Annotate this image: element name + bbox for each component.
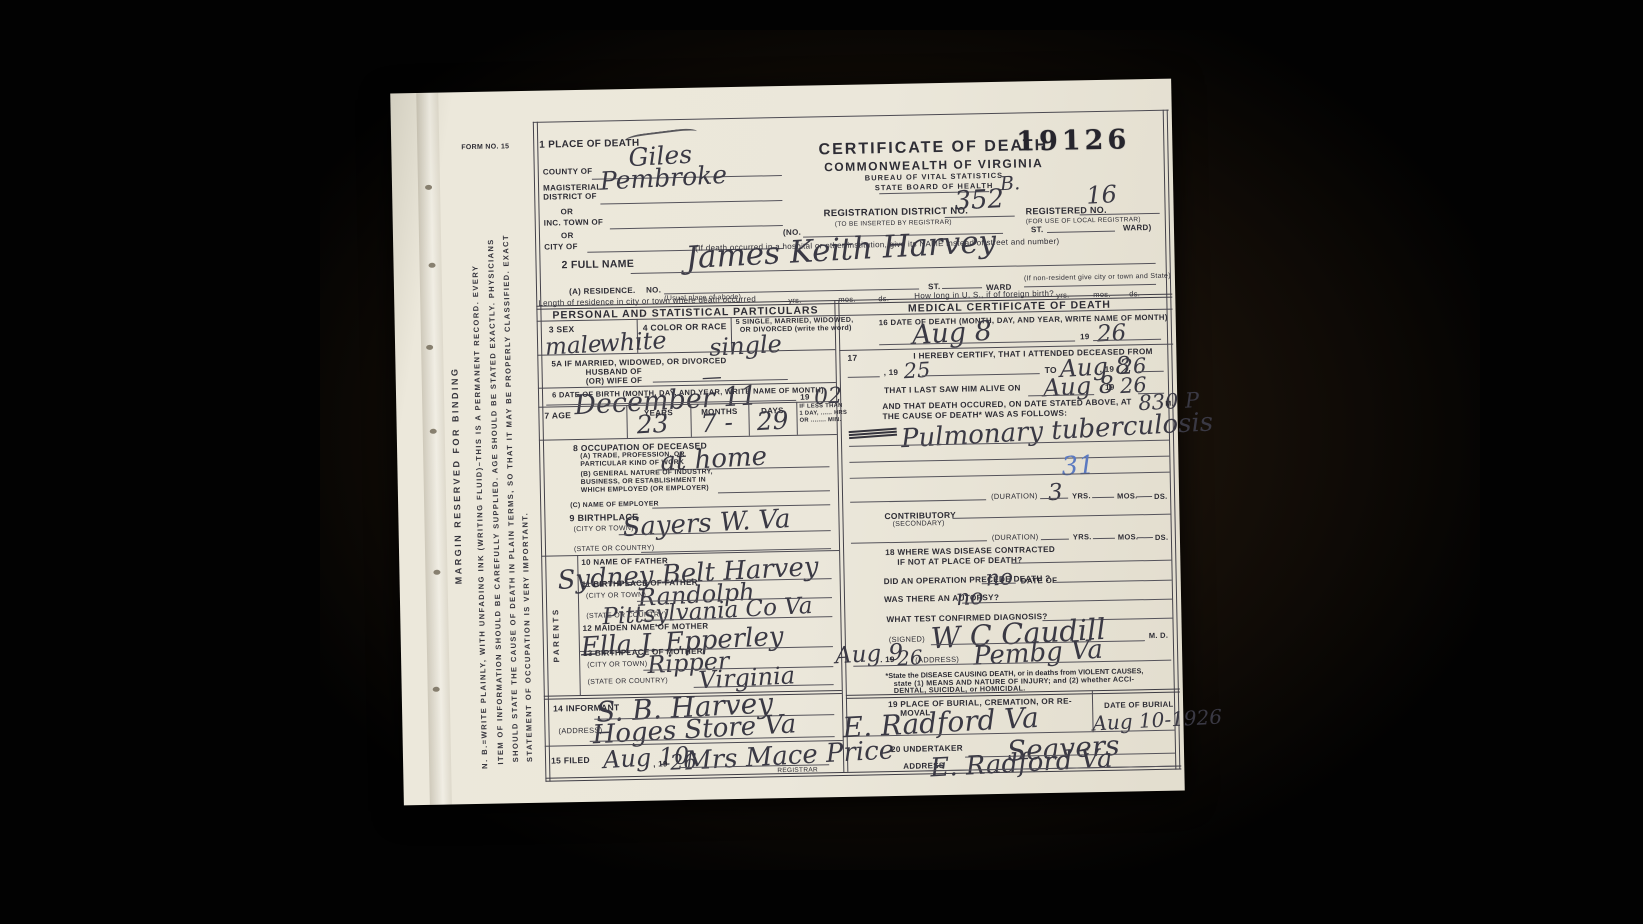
blank-line [1092,497,1114,498]
or-label: OR [561,231,574,240]
city-or-town-label: (CITY OR TOWN) [587,661,647,669]
sign-year-printed: . 19 [880,655,895,664]
registered-no-value: 16 [1086,180,1118,210]
blank-line [850,499,986,503]
ward-label: WARD) [1123,223,1152,233]
blank-line [942,287,982,289]
from-year-printed: , 19 [884,368,899,377]
operation-date-label: DATE OF [1021,576,1058,586]
birthplace-value: Sayers W. Va [622,504,791,543]
blank-line [1136,496,1152,497]
form-number: FORM NO. 15 [461,143,509,151]
margin-nb-line3: SHOULD STATE THE CAUSE OF DEATH IN PLAIN… [501,234,520,762]
operation-value: no [985,565,1014,591]
registrar-label: REGISTRAR [777,766,818,774]
employer-label: (C) NAME OF EMPLOYER [570,500,659,509]
md-label: M. D. [1149,631,1169,640]
blank-line [1137,537,1153,538]
margin-nb-line4: STATEMENT OF OCCUPATION IS VERY IMPORTAN… [520,512,534,762]
margin-nb-line1: N. B.=WRITE PLAINLY, WITH UNFADING INK (… [471,264,490,769]
cause-code-value: 31 [1061,451,1096,483]
dod-year-value: 26 [1096,320,1127,348]
inc-town-label: INC. TOWN OF [544,217,604,227]
residence-st-label: ST. [928,282,941,291]
age-months-value: 7 - [700,408,734,439]
margin-binding-note: MARGIN RESERVED FOR BINDING [449,366,463,584]
age-days-value: 29 [756,405,789,436]
death-certificate-document: FORM NO. 15 MARGIN RESERVED FOR BINDING … [390,79,1185,806]
photo-background: FORM NO. 15 MARGIN RESERVED FOR BINDING … [0,0,1643,924]
sign-address-value: Pembg Va [972,635,1103,672]
if-less-label3: OR ........ MIN. [800,417,842,424]
yrs-label: YRS. [1073,532,1092,541]
st-label: ST. [1031,225,1044,234]
duration-value: 3 [1047,479,1063,506]
blank-line [850,472,1170,479]
blank-line [718,490,830,493]
blank-line [1047,231,1115,233]
sex-value: male [544,332,602,361]
paper-fold-edge [416,93,452,805]
disease-contracted-label1: 18 WHERE WAS DISEASE CONTRACTED [885,545,1055,557]
registration-district-value: 352 [954,184,1005,217]
blank-line [610,225,783,229]
district-of-label: DISTRICT OF [543,192,597,202]
blank-line [1054,580,1172,583]
blank-line [851,540,987,544]
mos-label: MOS. [1117,491,1138,500]
blank-line [945,216,1015,218]
wife-of-label: (OR) WIFE OF [586,376,643,386]
or-label: OR [560,207,573,216]
blank-line [1011,560,1171,564]
last-saw-year-printed: , 19 [1100,383,1115,392]
dob-year-printed: 19 [800,393,810,402]
last-saw-label: THAT I LAST SAW HIM ALIVE ON [884,384,1021,396]
residence-label: (A) RESIDENCE. [569,286,636,296]
occupation-b-label3: WHICH EMPLOYED (OR EMPLOYER) [581,485,709,494]
blank-line [1024,284,1156,288]
certificate-number-stamp: 19126 [1016,124,1131,157]
cell-divider [796,402,798,435]
contributory-label: CONTRIBUTORY [884,510,956,521]
county-label: COUNTY OF [543,167,593,177]
district-value: Pembroke [599,160,728,196]
residence-no-label: NO. [646,285,661,294]
date-of-death-value: Aug 8 [911,316,992,351]
registration-district-suffix: B. [1000,172,1021,195]
city-of-label: CITY OF [544,242,578,252]
ds-label: DS. [1155,533,1169,542]
rule-line [539,434,837,441]
ds-label: DS. [1154,492,1168,501]
crossed-out-word [849,431,897,436]
from-year-value: 25 [903,358,931,383]
yrs-label: YRS. [1072,491,1091,500]
meridian-label: M. [1165,401,1174,408]
blank-line [600,200,782,204]
duration-label: (DURATION) [992,532,1039,542]
certify-number: 17 [847,353,857,363]
filed-label: 15 FILED [551,755,590,766]
blank-line [849,456,1169,463]
certificate-form: 1 PLACE OF DEATH COUNTY OF Giles MAGISTE… [533,110,1182,784]
autopsy-value: no [955,585,984,611]
blank-line [1041,539,1069,541]
age-years-value: 23 [636,409,669,440]
mos-label: MOS. [1118,532,1139,541]
full-name-label: 2 FULL NAME [561,258,634,271]
blank-line [1093,538,1115,539]
filed-year-printed: , 19 [653,759,668,768]
dod-year-printed: 19 [1080,332,1090,341]
blank-line [1093,339,1161,341]
blank-line [848,376,880,378]
parents-vertical-label: PARENTS [551,607,561,662]
rule-line [533,110,1169,123]
age-label: 7 AGE [544,410,571,421]
blank-line [1080,213,1160,216]
blank-line [922,373,1040,376]
duration-label: (DURATION) [991,491,1038,501]
column-divider [834,300,848,772]
if-less-label2: 1 DAY, ...... HRS [799,410,847,417]
nonresident-note: (If non-resident give city or town and S… [1024,273,1171,283]
if-less-label1: IF LESS THAN [799,403,842,410]
state-or-country-label: (STATE OR COUNTRY) [588,677,669,686]
secondary-label: (SECONDARY) [893,520,945,528]
blank-line [952,514,1170,519]
